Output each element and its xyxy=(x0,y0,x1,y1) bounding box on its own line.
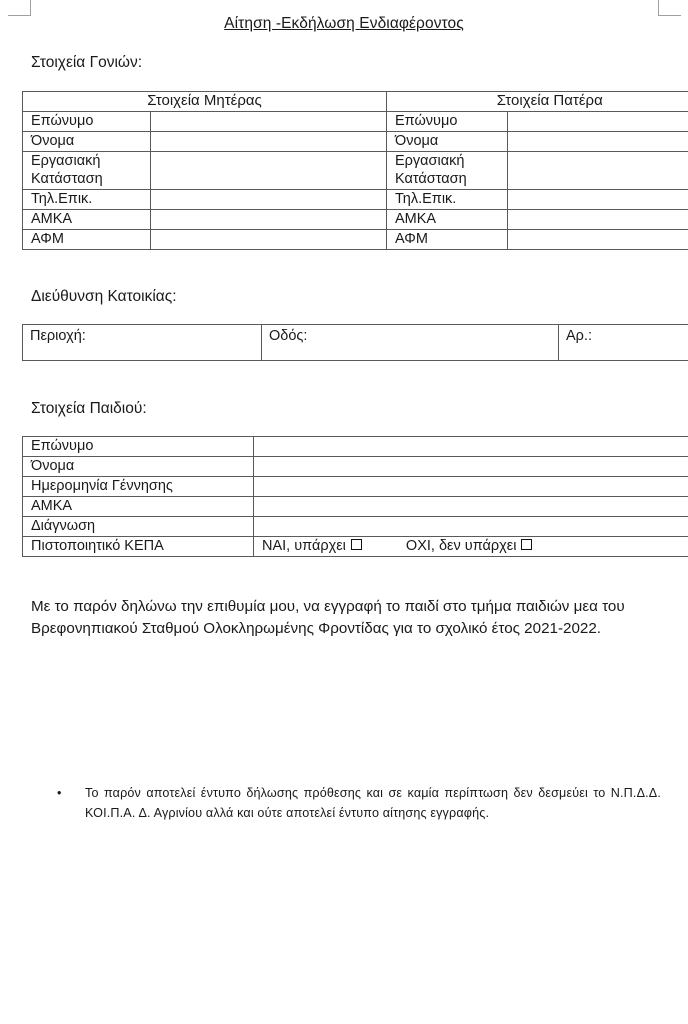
table-row: ΕργασιακήΚατάσταση ΕργασιακήΚατάσταση xyxy=(23,152,688,190)
mother-label-name: Όνομα xyxy=(23,132,151,152)
child-surname-field[interactable] xyxy=(254,437,688,457)
father-label-amka: ΑΜΚΑ xyxy=(387,210,508,230)
checkbox-no-icon[interactable] xyxy=(521,539,532,550)
father-label-phone: Τηλ.Επικ. xyxy=(387,190,508,210)
bullet-icon: • xyxy=(57,783,62,803)
mother-label-surname: Επώνυμο xyxy=(23,112,151,132)
table-row: Διάγνωση xyxy=(23,517,688,537)
father-surname-field[interactable] xyxy=(508,112,688,132)
child-label-certificate: Πιστοποιητικό ΚΕΠΑ xyxy=(23,537,254,557)
table-row: Επώνυμο xyxy=(23,437,688,457)
table-row: Πιστοποιητικό ΚΕΠΑ ΝΑΙ, υπάρχει ΟΧΙ, δεν… xyxy=(23,537,688,557)
table-row: Επώνυμο Επώνυμο xyxy=(23,112,688,132)
table-row: ΑΜΚΑ xyxy=(23,497,688,517)
parents-heading: Στοιχεία Γονιών: xyxy=(31,54,142,72)
table-row: ΑΦΜ ΑΦΜ xyxy=(23,230,688,250)
mother-header: Στοιχεία Μητέρας xyxy=(23,92,387,112)
number-field[interactable]: Αρ.: xyxy=(559,325,688,361)
mother-label-amka: ΑΜΚΑ xyxy=(23,210,151,230)
certificate-yes-label: ΝΑΙ, υπάρχει xyxy=(262,538,346,554)
street-field[interactable]: Οδός: xyxy=(262,325,559,361)
father-afm-field[interactable] xyxy=(508,230,688,250)
mother-label-employment: ΕργασιακήΚατάσταση xyxy=(23,152,151,190)
child-table: Επώνυμο Όνομα Ημερομηνία Γέννησης ΑΜΚΑ Δ… xyxy=(22,436,688,557)
child-diagnosis-field[interactable] xyxy=(254,517,688,537)
father-label-afm: ΑΦΜ xyxy=(387,230,508,250)
address-row: Περιοχή: Οδός: Αρ.: xyxy=(23,325,688,361)
crop-mark-top-right xyxy=(658,0,681,16)
certificate-no-option[interactable]: ΟΧΙ, δεν υπάρχει xyxy=(406,537,533,555)
mother-surname-field[interactable] xyxy=(151,112,387,132)
father-name-field[interactable] xyxy=(508,132,688,152)
certificate-no-label: ΟΧΙ, δεν υπάρχει xyxy=(406,538,517,554)
father-employment-field[interactable] xyxy=(508,152,688,190)
parents-table: Στοιχεία Μητέρας Στοιχεία Πατέρα Επώνυμο… xyxy=(22,91,688,250)
table-row: Ημερομηνία Γέννησης xyxy=(23,477,688,497)
child-name-field[interactable] xyxy=(254,457,688,477)
child-label-birthdate: Ημερομηνία Γέννησης xyxy=(23,477,254,497)
mother-phone-field[interactable] xyxy=(151,190,387,210)
area-field[interactable]: Περιοχή: xyxy=(23,325,262,361)
mother-label-phone: Τηλ.Επικ. xyxy=(23,190,151,210)
father-header: Στοιχεία Πατέρα xyxy=(387,92,688,112)
address-table: Περιοχή: Οδός: Αρ.: xyxy=(22,324,688,361)
notice-text: Το παρόν αποτελεί έντυπο δήλωσης πρόθεση… xyxy=(85,783,661,823)
table-row: Όνομα xyxy=(23,457,688,477)
notice-list-item: • Το παρόν αποτελεί έντυπο δήλωσης πρόθε… xyxy=(57,783,661,823)
mother-afm-field[interactable] xyxy=(151,230,387,250)
child-heading: Στοιχεία Παιδιού: xyxy=(31,400,147,418)
father-label-surname: Επώνυμο xyxy=(387,112,508,132)
table-row: ΑΜΚΑ ΑΜΚΑ xyxy=(23,210,688,230)
father-label-name: Όνομα xyxy=(387,132,508,152)
father-phone-field[interactable] xyxy=(508,190,688,210)
mother-name-field[interactable] xyxy=(151,132,387,152)
mother-label-afm: ΑΦΜ xyxy=(23,230,151,250)
mother-amka-field[interactable] xyxy=(151,210,387,230)
parents-header-row: Στοιχεία Μητέρας Στοιχεία Πατέρα xyxy=(23,92,688,112)
table-row: Όνομα Όνομα xyxy=(23,132,688,152)
document-title: Αίτηση -Εκδήλωση Ενδιαφέροντος xyxy=(0,15,688,33)
crop-mark-top-left xyxy=(8,0,31,16)
certificate-yes-option[interactable]: ΝΑΙ, υπάρχει xyxy=(262,537,362,555)
mother-employment-field[interactable] xyxy=(151,152,387,190)
table-row: Τηλ.Επικ. Τηλ.Επικ. xyxy=(23,190,688,210)
child-amka-field[interactable] xyxy=(254,497,688,517)
address-heading: Διεύθυνση Κατοικίας: xyxy=(31,288,177,306)
father-label-employment: ΕργασιακήΚατάσταση xyxy=(387,152,508,190)
child-label-diagnosis: Διάγνωση xyxy=(23,517,254,537)
declaration-paragraph: Με το παρόν δηλώνω την επιθυμία μου, να … xyxy=(31,596,671,640)
certificate-options: ΝΑΙ, υπάρχει ΟΧΙ, δεν υπάρχει xyxy=(254,537,688,557)
child-label-name: Όνομα xyxy=(23,457,254,477)
checkbox-yes-icon[interactable] xyxy=(351,539,362,550)
child-label-surname: Επώνυμο xyxy=(23,437,254,457)
child-label-amka: ΑΜΚΑ xyxy=(23,497,254,517)
child-birthdate-field[interactable] xyxy=(254,477,688,497)
father-amka-field[interactable] xyxy=(508,210,688,230)
